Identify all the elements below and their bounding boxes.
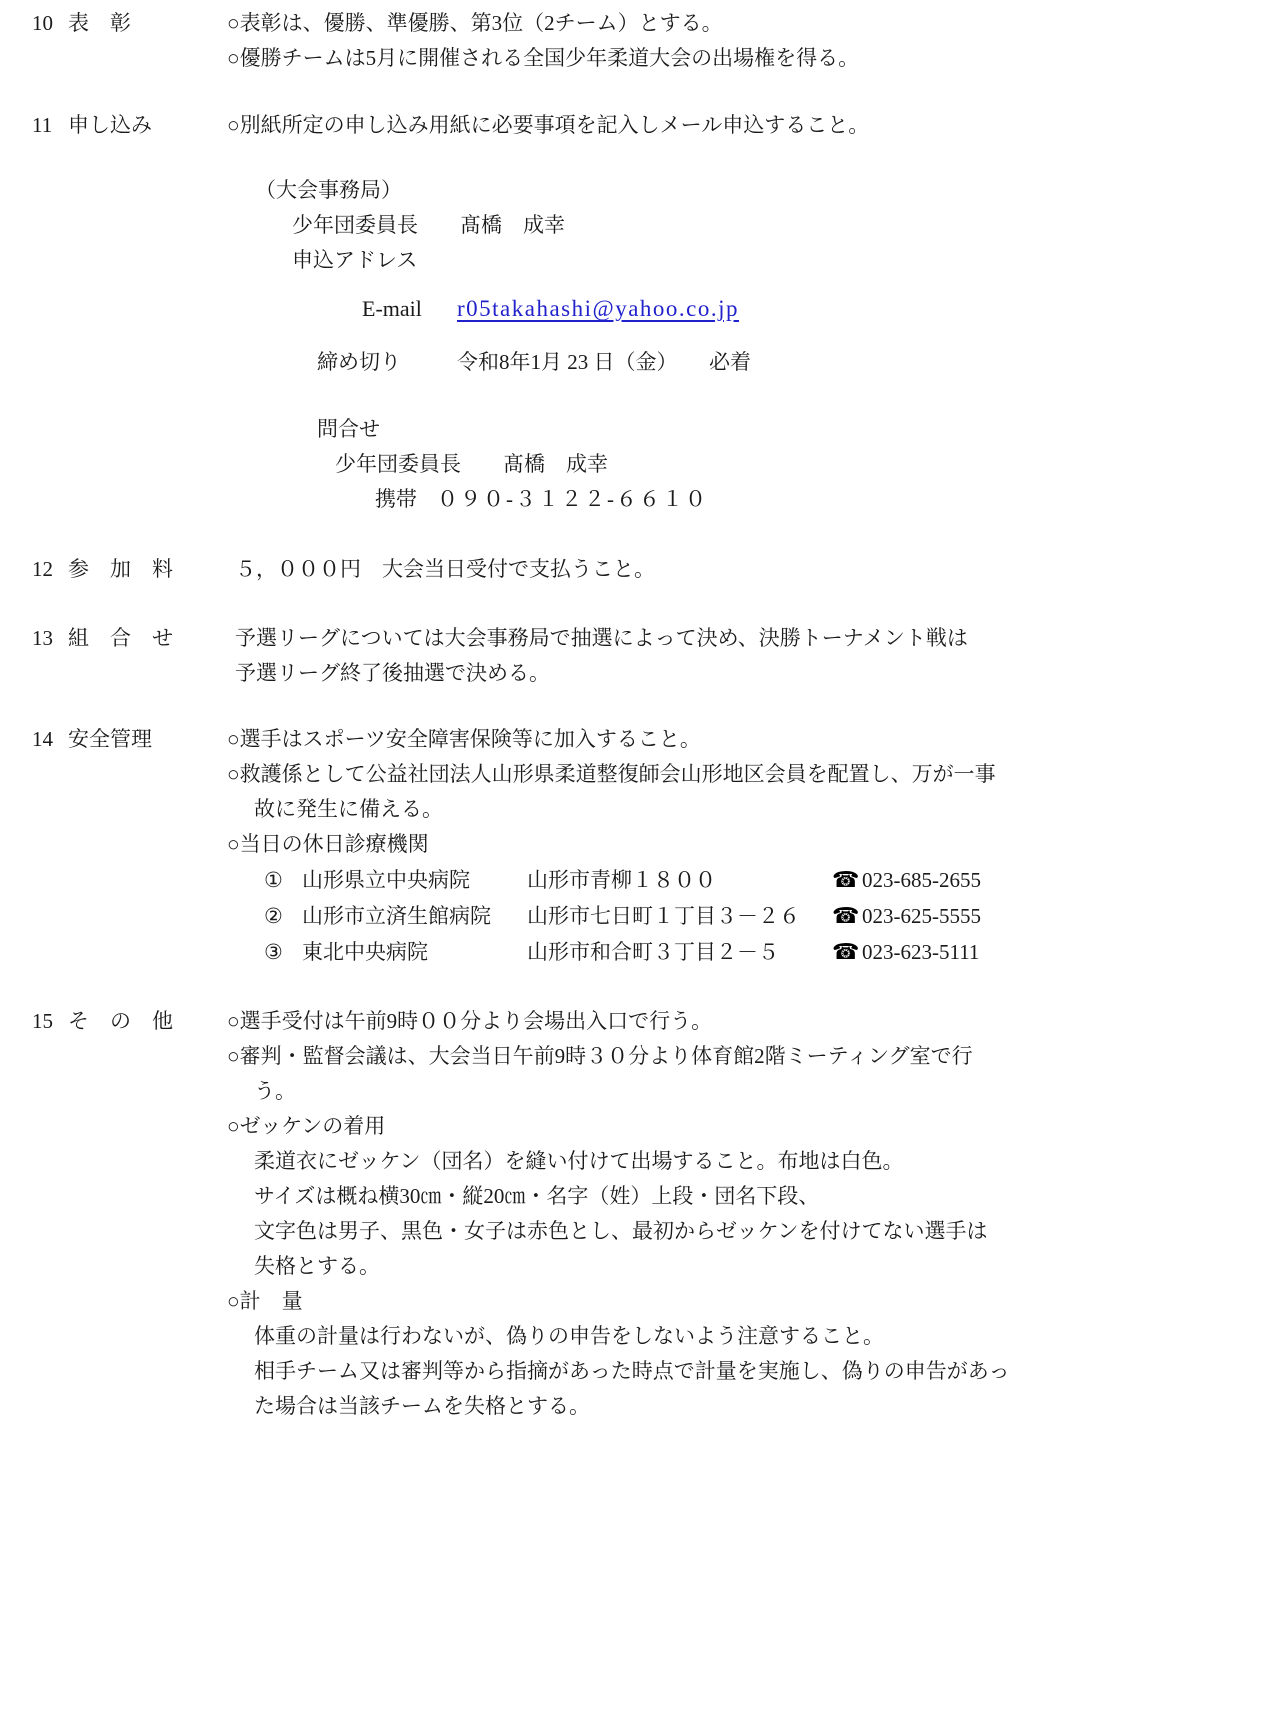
email-link[interactable]: r05takahashi@yahoo.co.jp bbox=[457, 296, 739, 321]
section-label: 組 合 せ bbox=[68, 621, 227, 656]
misc-bib-line-2: サイズは概ね横30㎝・縦20㎝・名字（姓）上段・団名下段、 bbox=[227, 1179, 1280, 1214]
entry-fee-line: ５，０００円 大会当日受付で支払うこと。 bbox=[227, 552, 1280, 587]
draw-line-1: 予選リーグについては大会事務局で抽選によって決め、決勝トーナメント戦は bbox=[227, 621, 1280, 656]
section-13-draw: 13 組 合 せ 予選リーグについては大会事務局で抽選によって決め、決勝トーナメ… bbox=[0, 621, 1280, 691]
misc-weighin-line-2: 相手チーム又は審判等から指摘があった時点で計量を実施し、偽りの申告があっ bbox=[227, 1354, 1280, 1389]
safety-bullet-1: ○選手はスポーツ安全障害保険等に加入すること。 bbox=[227, 722, 1280, 757]
misc-reception-line: ○選手受付は午前9時００分より会場出入口で行う。 bbox=[227, 1004, 1280, 1039]
section-label: 参 加 料 bbox=[68, 552, 227, 587]
mobile-row: 携帯０９０-３１２２-６６１０ bbox=[227, 482, 1280, 517]
deadline-value: 令和8年1月 23 日（金） 必着 bbox=[457, 350, 751, 374]
hospital-address: 山形市青柳１８００ bbox=[527, 863, 832, 898]
section-10-awards: 10 表 彰 ○表彰は、優勝、準優勝、第3位（2チーム）とする。 ○優勝チームは… bbox=[0, 6, 1280, 76]
section-11-application: 11 申し込み ○別紙所定の申し込み用紙に必要事項を記入しメール申込すること。 … bbox=[0, 108, 1280, 517]
mobile-label: 携帯 bbox=[375, 482, 437, 517]
section-content: ○選手受付は午前9時００分より会場出入口で行う。 ○審判・監督会議は、大会当日午… bbox=[227, 1004, 1280, 1424]
deadline-row: 締め切り令和8年1月 23 日（金） 必着 bbox=[227, 345, 1280, 380]
misc-weighin-heading: ○計 量 bbox=[227, 1284, 1280, 1319]
section-label: 申し込み bbox=[68, 108, 227, 143]
telephone-icon: ☎ bbox=[832, 934, 862, 969]
misc-bib-heading: ○ゼッケンの着用 bbox=[227, 1109, 1280, 1144]
section-content: ５，０００円 大会当日受付で支払うこと。 bbox=[227, 552, 1280, 587]
section-content: ○選手はスポーツ安全障害保険等に加入すること。 ○救護係として公益社団法人山形県… bbox=[227, 722, 1280, 970]
hospital-row: ①山形県立中央病院山形市青柳１８００☎023-685-2655 bbox=[227, 862, 1280, 898]
misc-meeting-line-2: う。 bbox=[227, 1074, 1280, 1109]
hospital-row: ③東北中央病院山形市和合町３丁目２－５☎023-623-5111 bbox=[227, 934, 1280, 970]
inquiry-chair-line: 少年団委員長 髙橋 成幸 bbox=[227, 447, 1280, 482]
application-address-label: 申込アドレス bbox=[227, 243, 1280, 278]
section-12-entry-fee: 12 参 加 料 ５，０００円 大会当日受付で支払うこと。 bbox=[0, 552, 1280, 587]
office-chair-line: 少年団委員長 髙橋 成幸 bbox=[227, 208, 1280, 243]
awards-bullet-1: ○表彰は、優勝、準優勝、第3位（2チーム）とする。 bbox=[227, 6, 1280, 41]
misc-weighin-line-3: た場合は当該チームを失格とする。 bbox=[227, 1389, 1280, 1424]
telephone-icon: ☎ bbox=[832, 898, 862, 933]
deadline-label: 締め切り bbox=[317, 345, 457, 380]
section-label: 表 彰 bbox=[68, 6, 227, 41]
application-bullet-1: ○別紙所定の申し込み用紙に必要事項を記入しメール申込すること。 bbox=[227, 108, 1280, 143]
hospital-address: 山形市七日町１丁目３－２６ bbox=[527, 899, 832, 934]
inquiry-label: 問合せ bbox=[227, 412, 1280, 447]
hospital-phone: 023-623-5111 bbox=[862, 935, 979, 970]
safety-bullet-3: ○当日の休日診療機関 bbox=[227, 827, 1280, 862]
hospital-row: ②山形市立済生館病院山形市七日町１丁目３－２６☎023-625-5555 bbox=[227, 898, 1280, 934]
document-page: 10 表 彰 ○表彰は、優勝、準優勝、第3位（2チーム）とする。 ○優勝チームは… bbox=[0, 0, 1280, 1728]
section-label: 安全管理 bbox=[68, 722, 227, 757]
email-label: E-mail bbox=[362, 291, 457, 326]
telephone-icon: ☎ bbox=[832, 862, 862, 897]
section-number: 11 bbox=[32, 108, 68, 143]
hospital-phone: 023-625-5555 bbox=[862, 899, 981, 934]
hospital-address: 山形市和合町３丁目２－５ bbox=[527, 935, 832, 970]
section-content: 予選リーグについては大会事務局で抽選によって決め、決勝トーナメント戦は 予選リー… bbox=[227, 621, 1280, 691]
section-number: 10 bbox=[32, 6, 68, 41]
hospital-name: 山形市立済生館病院 bbox=[302, 899, 527, 934]
hospital-name: 東北中央病院 bbox=[302, 935, 527, 970]
hospital-name: 山形県立中央病院 bbox=[302, 863, 527, 898]
hospital-marker: ② bbox=[264, 899, 302, 934]
section-content: ○別紙所定の申し込み用紙に必要事項を記入しメール申込すること。 （大会事務局） … bbox=[227, 108, 1280, 517]
misc-bib-line-3: 文字色は男子、黒色・女子は赤色とし、最初からゼッケンを付けてない選手は bbox=[227, 1214, 1280, 1249]
misc-weighin-line-1: 体重の計量は行わないが、偽りの申告をしないよう注意すること。 bbox=[227, 1319, 1280, 1354]
safety-bullet-2-line-2: 故に発生に備える。 bbox=[227, 792, 1280, 827]
misc-bib-line-4: 失格とする。 bbox=[227, 1249, 1280, 1284]
safety-bullet-2-line-1: ○救護係として公益社団法人山形県柔道整復師会山形地区会員を配置し、万が一事 bbox=[227, 757, 1280, 792]
hospital-marker: ① bbox=[264, 863, 302, 898]
email-row: E-mailr05takahashi@yahoo.co.jp bbox=[227, 291, 1280, 327]
section-number: 15 bbox=[32, 1004, 68, 1039]
awards-bullet-2: ○優勝チームは5月に開催される全国少年柔道大会の出場権を得る。 bbox=[227, 41, 1280, 76]
misc-bib-line-1: 柔道衣にゼッケン（団名）を縫い付けて出場すること。布地は白色。 bbox=[227, 1144, 1280, 1179]
draw-line-2: 予選リーグ終了後抽選で決める。 bbox=[227, 656, 1280, 691]
mobile-number: ０９０-３１２２-６６１０ bbox=[437, 487, 708, 511]
section-label: そ の 他 bbox=[68, 1004, 227, 1039]
office-heading: （大会事務局） bbox=[227, 173, 1280, 208]
section-number: 14 bbox=[32, 722, 68, 757]
section-14-safety: 14 安全管理 ○選手はスポーツ安全障害保険等に加入すること。 ○救護係として公… bbox=[0, 722, 1280, 970]
section-number: 12 bbox=[32, 552, 68, 587]
hospital-marker: ③ bbox=[264, 935, 302, 970]
section-number: 13 bbox=[32, 621, 68, 656]
hospital-phone: 023-685-2655 bbox=[862, 863, 981, 898]
section-15-misc: 15 そ の 他 ○選手受付は午前9時００分より会場出入口で行う。 ○審判・監督… bbox=[0, 1004, 1280, 1424]
misc-meeting-line-1: ○審判・監督会議は、大会当日午前9時３０分より体育館2階ミーティング室で行 bbox=[227, 1039, 1280, 1074]
section-content: ○表彰は、優勝、準優勝、第3位（2チーム）とする。 ○優勝チームは5月に開催され… bbox=[227, 6, 1280, 76]
